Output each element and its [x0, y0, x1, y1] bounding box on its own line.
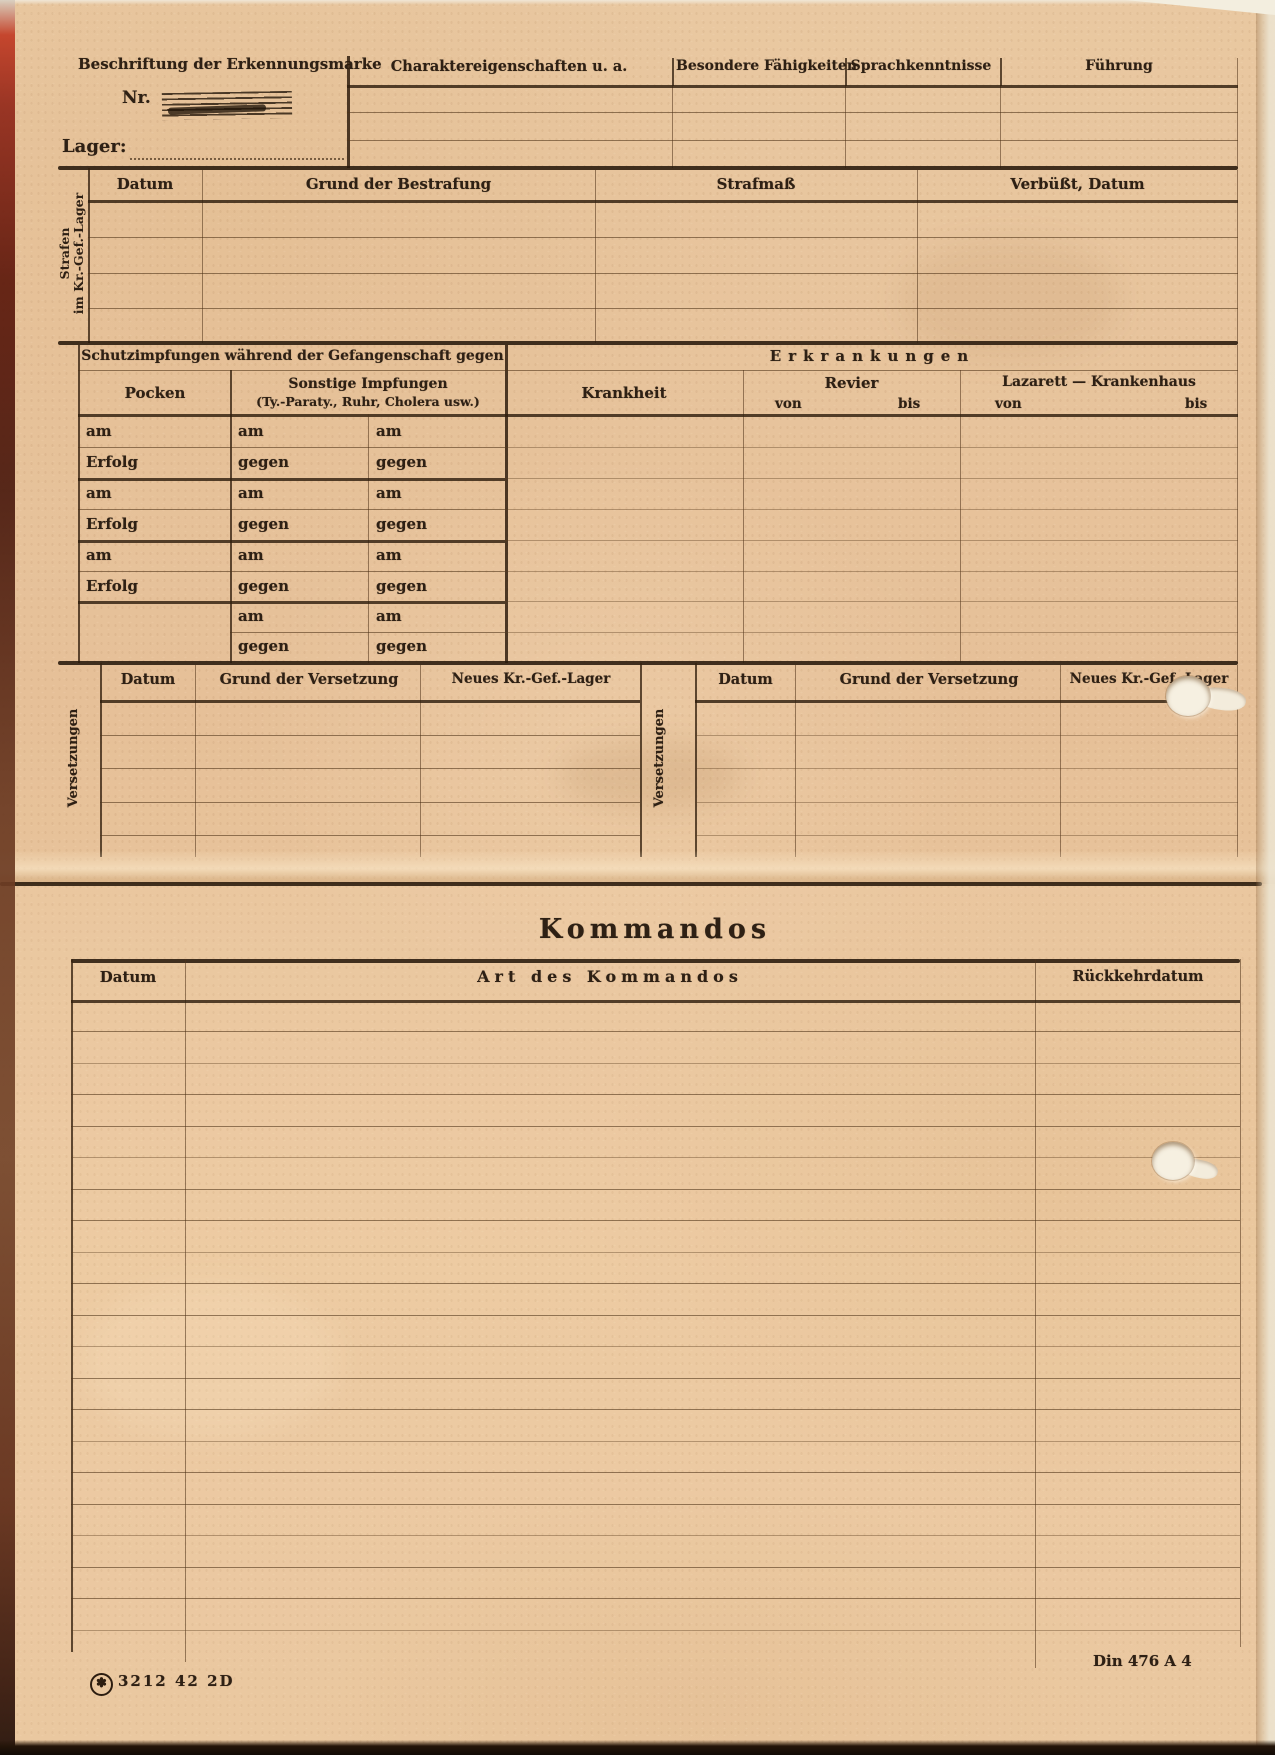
ruled-line	[71, 1598, 1240, 1599]
ruled-line	[71, 1063, 1240, 1064]
sonstige-header-line2: (Ty.-Paraty., Ruhr, Cholera usw.)	[233, 394, 503, 409]
ruled-line	[71, 1378, 1240, 1379]
transfer-col-neues: Neues Kr.-Gef.-Lager	[424, 671, 638, 687]
punish-col-verbuesst: Verbüßt, Datum	[922, 175, 1233, 193]
ruled-line	[71, 1252, 1240, 1253]
table-rule	[695, 768, 1238, 769]
table-rule	[347, 140, 1238, 141]
table-rule	[695, 802, 1238, 803]
ruled-line	[71, 1157, 1240, 1158]
ruled-line	[71, 1094, 1240, 1095]
table-rule	[78, 370, 1238, 371]
scan-edge-right	[1256, 0, 1275, 1755]
column-divider	[1035, 959, 1036, 1668]
transfer-col-datum: Datum	[102, 671, 194, 688]
sonstige-header-line1: Sonstige Impfungen	[233, 376, 503, 392]
gegen-label: gegen	[376, 637, 427, 655]
table-rule	[78, 509, 505, 510]
punch-hole	[1166, 676, 1210, 716]
table-rule	[71, 1000, 1240, 1003]
table-rule	[88, 273, 1238, 274]
paper-stain	[80, 1280, 340, 1440]
ruled-line	[71, 1472, 1240, 1473]
ruled-line	[71, 1126, 1240, 1127]
table-rule	[100, 768, 640, 769]
ruled-line	[71, 1031, 1240, 1032]
table-rule	[505, 478, 1238, 479]
ruled-line	[71, 1346, 1240, 1347]
krankheit-header: Krankheit	[507, 384, 741, 402]
pocken-header: Pocken	[80, 384, 230, 402]
table-rule	[505, 509, 1238, 510]
transfers-side-label-mid: Versetzungen	[652, 663, 682, 853]
tag-number-label: Nr.	[122, 88, 151, 108]
punish-col-datum: Datum	[93, 175, 197, 193]
table-rule	[100, 700, 640, 703]
lager-dotted-line	[130, 138, 344, 160]
gegen-label: gegen	[376, 577, 427, 595]
ruled-line	[71, 1535, 1240, 1536]
table-rule	[100, 735, 640, 736]
lazarett-von-label: von	[995, 396, 1022, 412]
section-separator	[58, 341, 1238, 345]
table-rule	[71, 959, 1240, 963]
side-label-line2: im Kr.-Gef.-Lager	[72, 168, 86, 339]
am-label: am	[376, 546, 402, 564]
gegen-label: gegen	[238, 637, 289, 655]
table-border-right	[1240, 959, 1241, 1647]
ruled-line	[71, 1283, 1240, 1284]
revier-bis-label: bis	[898, 396, 920, 412]
table-rule	[78, 571, 505, 572]
table-rule	[88, 237, 1238, 238]
am-label: am	[86, 422, 112, 440]
column-divider	[185, 959, 186, 1662]
table-divider	[672, 86, 673, 168]
traits-col-characteristics: Charaktereigenschaften u. a.	[352, 58, 666, 75]
kommandos-col-datum: Datum	[73, 968, 183, 986]
table-rule	[100, 835, 640, 836]
paper-stain	[560, 740, 740, 810]
gegen-label: gegen	[238, 453, 289, 471]
am-label: am	[376, 422, 402, 440]
table-rule	[695, 700, 1238, 703]
column-divider	[368, 414, 369, 663]
ruled-line	[71, 1315, 1240, 1316]
punish-col-grund: Grund der Bestrafung	[207, 175, 590, 193]
table-rule	[347, 85, 1238, 88]
gegen-label: gegen	[376, 453, 427, 471]
lazarett-bis-label: bis	[1185, 396, 1207, 412]
traits-col-languages: Sprachkenntnisse	[848, 58, 994, 74]
table-border-right	[1237, 170, 1238, 343]
table-rule	[78, 478, 505, 481]
gegen-label: gegen	[376, 515, 427, 533]
am-label: am	[238, 546, 264, 564]
kommandos-col-rueckkehr: Rückkehrdatum	[1038, 968, 1238, 985]
punish-col-strafmass: Strafmaß	[600, 175, 912, 193]
vaccinations-header: Schutzimpfungen während der Gefangenscha…	[80, 348, 505, 364]
rosette-stamp-icon: ✽	[90, 1673, 113, 1696]
table-divider	[595, 170, 596, 343]
table-border	[695, 663, 697, 857]
gegen-label: gegen	[238, 515, 289, 533]
punch-hole	[1152, 1142, 1194, 1180]
column-divider	[195, 665, 196, 857]
table-rule	[505, 601, 1238, 602]
table-divider	[845, 58, 847, 86]
table-rule	[230, 632, 505, 633]
table-rule	[505, 540, 1238, 541]
table-rule	[347, 112, 1238, 113]
lager-label: Lager:	[62, 136, 127, 157]
transfer-col-grund: Grund der Versetzung	[200, 671, 418, 688]
id-block-title: Beschriftung der Erkennungsmarke	[78, 55, 334, 73]
gegen-label: gegen	[238, 577, 289, 595]
erfolg-label: Erfolg	[86, 453, 138, 471]
transfers-side-label-left: Versetzungen	[66, 663, 94, 853]
kommandos-col-art: Art des Kommandos	[190, 967, 1030, 986]
ruled-line	[71, 1441, 1240, 1442]
table-border-right	[1237, 345, 1238, 663]
illnesses-header: Erkrankungen	[507, 347, 1238, 365]
erfolg-label: Erfolg	[86, 515, 138, 533]
table-rule	[100, 802, 640, 803]
ruled-line	[71, 1504, 1240, 1505]
am-label: am	[238, 422, 264, 440]
traits-col-conduct: Führung	[1004, 58, 1234, 74]
revier-header: Revier	[745, 374, 958, 392]
table-rule	[505, 571, 1238, 572]
section-separator	[58, 166, 1238, 170]
transfer-col-neues: Neues Kr.-Gef.-Lager	[1063, 671, 1235, 687]
revier-von-label: von	[775, 396, 802, 412]
lazarett-header: Lazarett — Krankenhaus	[962, 374, 1236, 390]
table-rule	[505, 632, 1238, 633]
table-rule	[695, 835, 1238, 836]
ruled-line	[71, 1189, 1240, 1190]
table-divider	[917, 170, 918, 343]
table-divider	[1000, 58, 1002, 86]
table-border	[640, 663, 642, 857]
erfolg-label: Erfolg	[86, 577, 138, 595]
fold-line	[0, 882, 1262, 886]
am-label: am	[376, 484, 402, 502]
table-rule	[505, 447, 1238, 448]
table-rule	[78, 414, 1238, 417]
din-code: Din 476 A 4	[1093, 1652, 1192, 1670]
punishments-side-label: Strafen im Kr.-Gef.-Lager	[58, 168, 88, 339]
table-rule	[78, 601, 505, 604]
ruled-line	[71, 1567, 1240, 1568]
table-border-left	[100, 663, 102, 857]
table-rule	[78, 447, 505, 448]
table-divider	[672, 58, 674, 86]
traits-col-abilities: Besondere Fähigkeiten	[676, 58, 838, 74]
am-label: am	[86, 484, 112, 502]
table-border-left	[88, 168, 90, 343]
kommandos-title: Kommandos	[380, 914, 930, 945]
am-label: am	[238, 607, 264, 625]
fold-crease	[0, 850, 1275, 884]
am-label: am	[376, 607, 402, 625]
column-divider	[420, 665, 421, 857]
table-rule	[695, 735, 1238, 736]
transfer-col-datum: Datum	[698, 671, 793, 688]
table-rule	[78, 540, 505, 543]
table-divider	[202, 170, 203, 343]
ruled-line	[71, 1220, 1240, 1221]
ruled-line	[71, 1409, 1240, 1410]
scanned-pow-record-card: Beschriftung der Erkennungsmarke Nr. Lag…	[0, 0, 1275, 1755]
scan-edge-left	[0, 0, 15, 1755]
ruled-line	[71, 1630, 1240, 1631]
scan-edge-bottom	[0, 1740, 1275, 1755]
column-divider	[1060, 665, 1061, 857]
table-divider	[845, 86, 846, 168]
am-label: am	[238, 484, 264, 502]
table-rule	[88, 200, 1238, 203]
side-label-line1: Strafen	[58, 168, 72, 339]
scan-edge-top	[0, 0, 1275, 5]
table-rule	[88, 308, 1238, 309]
am-label: am	[86, 546, 112, 564]
table-divider	[1000, 86, 1001, 168]
transfer-col-grund: Grund der Versetzung	[800, 671, 1058, 688]
column-divider	[795, 665, 796, 857]
print-code: 3212 42 2D	[118, 1672, 235, 1690]
